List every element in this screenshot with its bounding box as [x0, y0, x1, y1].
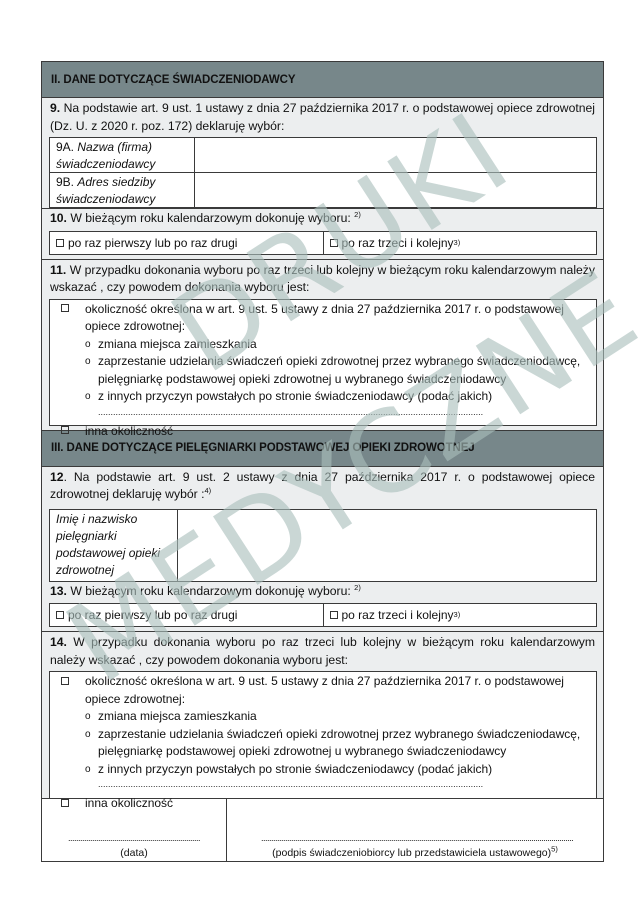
signature-label-text: (podpis świadczeniobiorcy lub przedstawi…: [272, 847, 551, 859]
provider-address-input[interactable]: [195, 173, 596, 207]
section-2-header: II. DANE DOTYCZĄCE ŚWIADCZENIODAWCY: [42, 62, 603, 98]
question-12: 12. Na podstawie art. 9 ust. 2 ustawy z …: [42, 467, 603, 506]
sub-reason-termination: ozaprzestanie udzielania świadczeń opiek…: [58, 726, 588, 761]
sub-reason-label: z innych przyczyn powstałych po stronie …: [98, 761, 492, 779]
other-reason-input[interactable]: ........................................…: [58, 406, 588, 423]
question-10: 10. W bieżącym roku kalendarzowym dokonu…: [42, 209, 603, 231]
checkbox-icon[interactable]: [61, 426, 69, 434]
question-14-reasons: okoliczność określona w art. 9 ust. 5 us…: [49, 671, 597, 798]
option-first-or-second[interactable]: po raz pierwszy lub po raz drugi: [50, 604, 323, 626]
reason-label: okoliczność określona w art. 9 ust. 5 us…: [85, 673, 588, 708]
other-reason-input[interactable]: ........................................…: [58, 778, 588, 795]
reason-statutory[interactable]: okoliczność określona w art. 9 ust. 5 us…: [58, 301, 588, 336]
question-11: 11. W przypadku dokonania wyboru po raz …: [42, 260, 603, 299]
sub-reason-label: zaprzestanie udzielania świadczeń opieki…: [98, 353, 588, 388]
option-third-or-later[interactable]: po raz trzeci i kolejny 3): [323, 232, 597, 254]
field-label-9b: 9B. Adres siedziby świadczeniodawcy: [50, 173, 195, 207]
field-row-9a: 9A. Nazwa (firma) świadczeniodawcy: [50, 138, 596, 172]
signature-label: (podpis świadczeniobiorcy lub przedstawi…: [227, 847, 603, 859]
checkbox-icon[interactable]: [61, 677, 69, 685]
sub-reason-relocation: ozmiana miejsca zamieszkania: [58, 336, 588, 354]
option-label: po raz pierwszy lub po raz drugi: [68, 236, 237, 250]
nurse-name-input[interactable]: [178, 510, 596, 581]
question-13-number: 13.: [50, 584, 67, 598]
option-third-or-later[interactable]: po raz trzeci i kolejny 3): [323, 604, 597, 626]
footnote-marker: 2): [354, 210, 361, 219]
sub-reason-termination: ozaprzestanie udzielania świadczeń opiek…: [58, 353, 588, 388]
question-9: 9. Na podstawie art. 9 ust. 1 ustawy z d…: [42, 98, 603, 137]
signature-cell[interactable]: ........................................…: [227, 799, 603, 861]
bullet-o-icon: o: [85, 388, 98, 406]
date-input[interactable]: ........................................…: [42, 833, 226, 843]
question-12-number: 12: [50, 470, 64, 484]
question-14-text: W przypadku dokonania wyboru po raz trze…: [50, 635, 595, 667]
question-10-options: po raz pierwszy lub po raz drugi po raz …: [49, 231, 597, 255]
checkbox-icon[interactable]: [330, 239, 338, 247]
question-11-number: 11.: [50, 263, 66, 277]
bullet-o-icon: o: [85, 761, 98, 779]
reason-statutory[interactable]: okoliczność określona w art. 9 ust. 5 us…: [58, 673, 588, 708]
question-14: 14. W przypadku dokonania wyboru po raz …: [42, 632, 603, 671]
sub-reason-other-provider: oz innych przyczyn powstałych po stronie…: [58, 761, 588, 779]
field-code-9b: 9B.: [56, 175, 74, 189]
signature-row: ........................................…: [42, 798, 603, 861]
sub-reason-label: zaprzestanie udzielania świadczeń opieki…: [98, 726, 588, 761]
sub-reason-relocation: ozmiana miejsca zamieszkania: [58, 708, 588, 726]
footnote-marker: 4): [204, 486, 211, 495]
reason-label: okoliczność określona w art. 9 ust. 5 us…: [85, 301, 588, 336]
bullet-o-icon: o: [85, 726, 98, 761]
reason-label: inna okoliczność: [85, 423, 173, 441]
question-11-reasons: okoliczność określona w art. 9 ust. 5 us…: [49, 299, 597, 426]
question-10-number: 10.: [50, 211, 67, 225]
nurse-field-row: Imię i nazwisko pielęgniarki podstawowej…: [49, 509, 597, 582]
nurse-name-label: Imię i nazwisko pielęgniarki podstawowej…: [50, 510, 178, 581]
sub-reason-label: zmiana miejsca zamieszkania: [98, 708, 257, 726]
field-label-9a: 9A. Nazwa (firma) świadczeniodawcy: [50, 138, 195, 172]
checkbox-icon[interactable]: [330, 611, 338, 619]
option-label: po raz trzeci i kolejny: [342, 608, 454, 622]
question-9-number: 9.: [50, 101, 60, 115]
bullet-o-icon: o: [85, 353, 98, 388]
declaration-form: II. DANE DOTYCZĄCE ŚWIADCZENIODAWCY 9. N…: [41, 61, 604, 862]
footnote-marker: 5): [551, 845, 558, 854]
field-row-9b: 9B. Adres siedziby świadczeniodawcy: [50, 172, 596, 207]
option-label: po raz pierwszy lub po raz drugi: [68, 608, 237, 622]
sub-reason-label: zmiana miejsca zamieszkania: [98, 336, 257, 354]
question-13-text: W bieżącym roku kalendarzowym dokonuję w…: [67, 584, 351, 598]
provider-name-input[interactable]: [195, 138, 596, 172]
bullet-o-icon: o: [85, 708, 98, 726]
date-label: (data): [42, 847, 226, 859]
checkbox-icon[interactable]: [56, 239, 64, 247]
checkbox-icon[interactable]: [56, 611, 64, 619]
sub-reason-label: z innych przyczyn powstałych po stronie …: [98, 388, 492, 406]
question-11-text: W przypadku dokonania wyboru po raz trze…: [50, 263, 595, 295]
provider-fields-table: 9A. Nazwa (firma) świadczeniodawcy 9B. A…: [49, 137, 597, 208]
question-13-options: po raz pierwszy lub po raz drugi po raz …: [49, 603, 597, 627]
footnote-marker: 2): [354, 582, 361, 591]
date-cell[interactable]: ........................................…: [42, 799, 227, 861]
checkbox-icon[interactable]: [61, 304, 69, 312]
question-9-text: Na podstawie art. 9 ust. 1 ustawy z dnia…: [50, 101, 595, 133]
signature-input[interactable]: ........................................…: [261, 833, 573, 843]
field-code-9a: 9A.: [56, 140, 74, 154]
option-first-or-second[interactable]: po raz pierwszy lub po raz drugi: [50, 232, 323, 254]
question-10-text: W bieżącym roku kalendarzowym dokonuję w…: [67, 211, 351, 225]
bullet-o-icon: o: [85, 336, 98, 354]
question-12-text: . Na podstawie art. 9 ust. 2 ustawy z dn…: [50, 470, 595, 502]
sub-reason-other-provider: oz innych przyczyn powstałych po stronie…: [58, 388, 588, 406]
option-label: po raz trzeci i kolejny: [342, 236, 454, 250]
question-14-number: 14.: [50, 635, 67, 649]
question-13: 13. W bieżącym roku kalendarzowym dokonu…: [42, 582, 603, 604]
